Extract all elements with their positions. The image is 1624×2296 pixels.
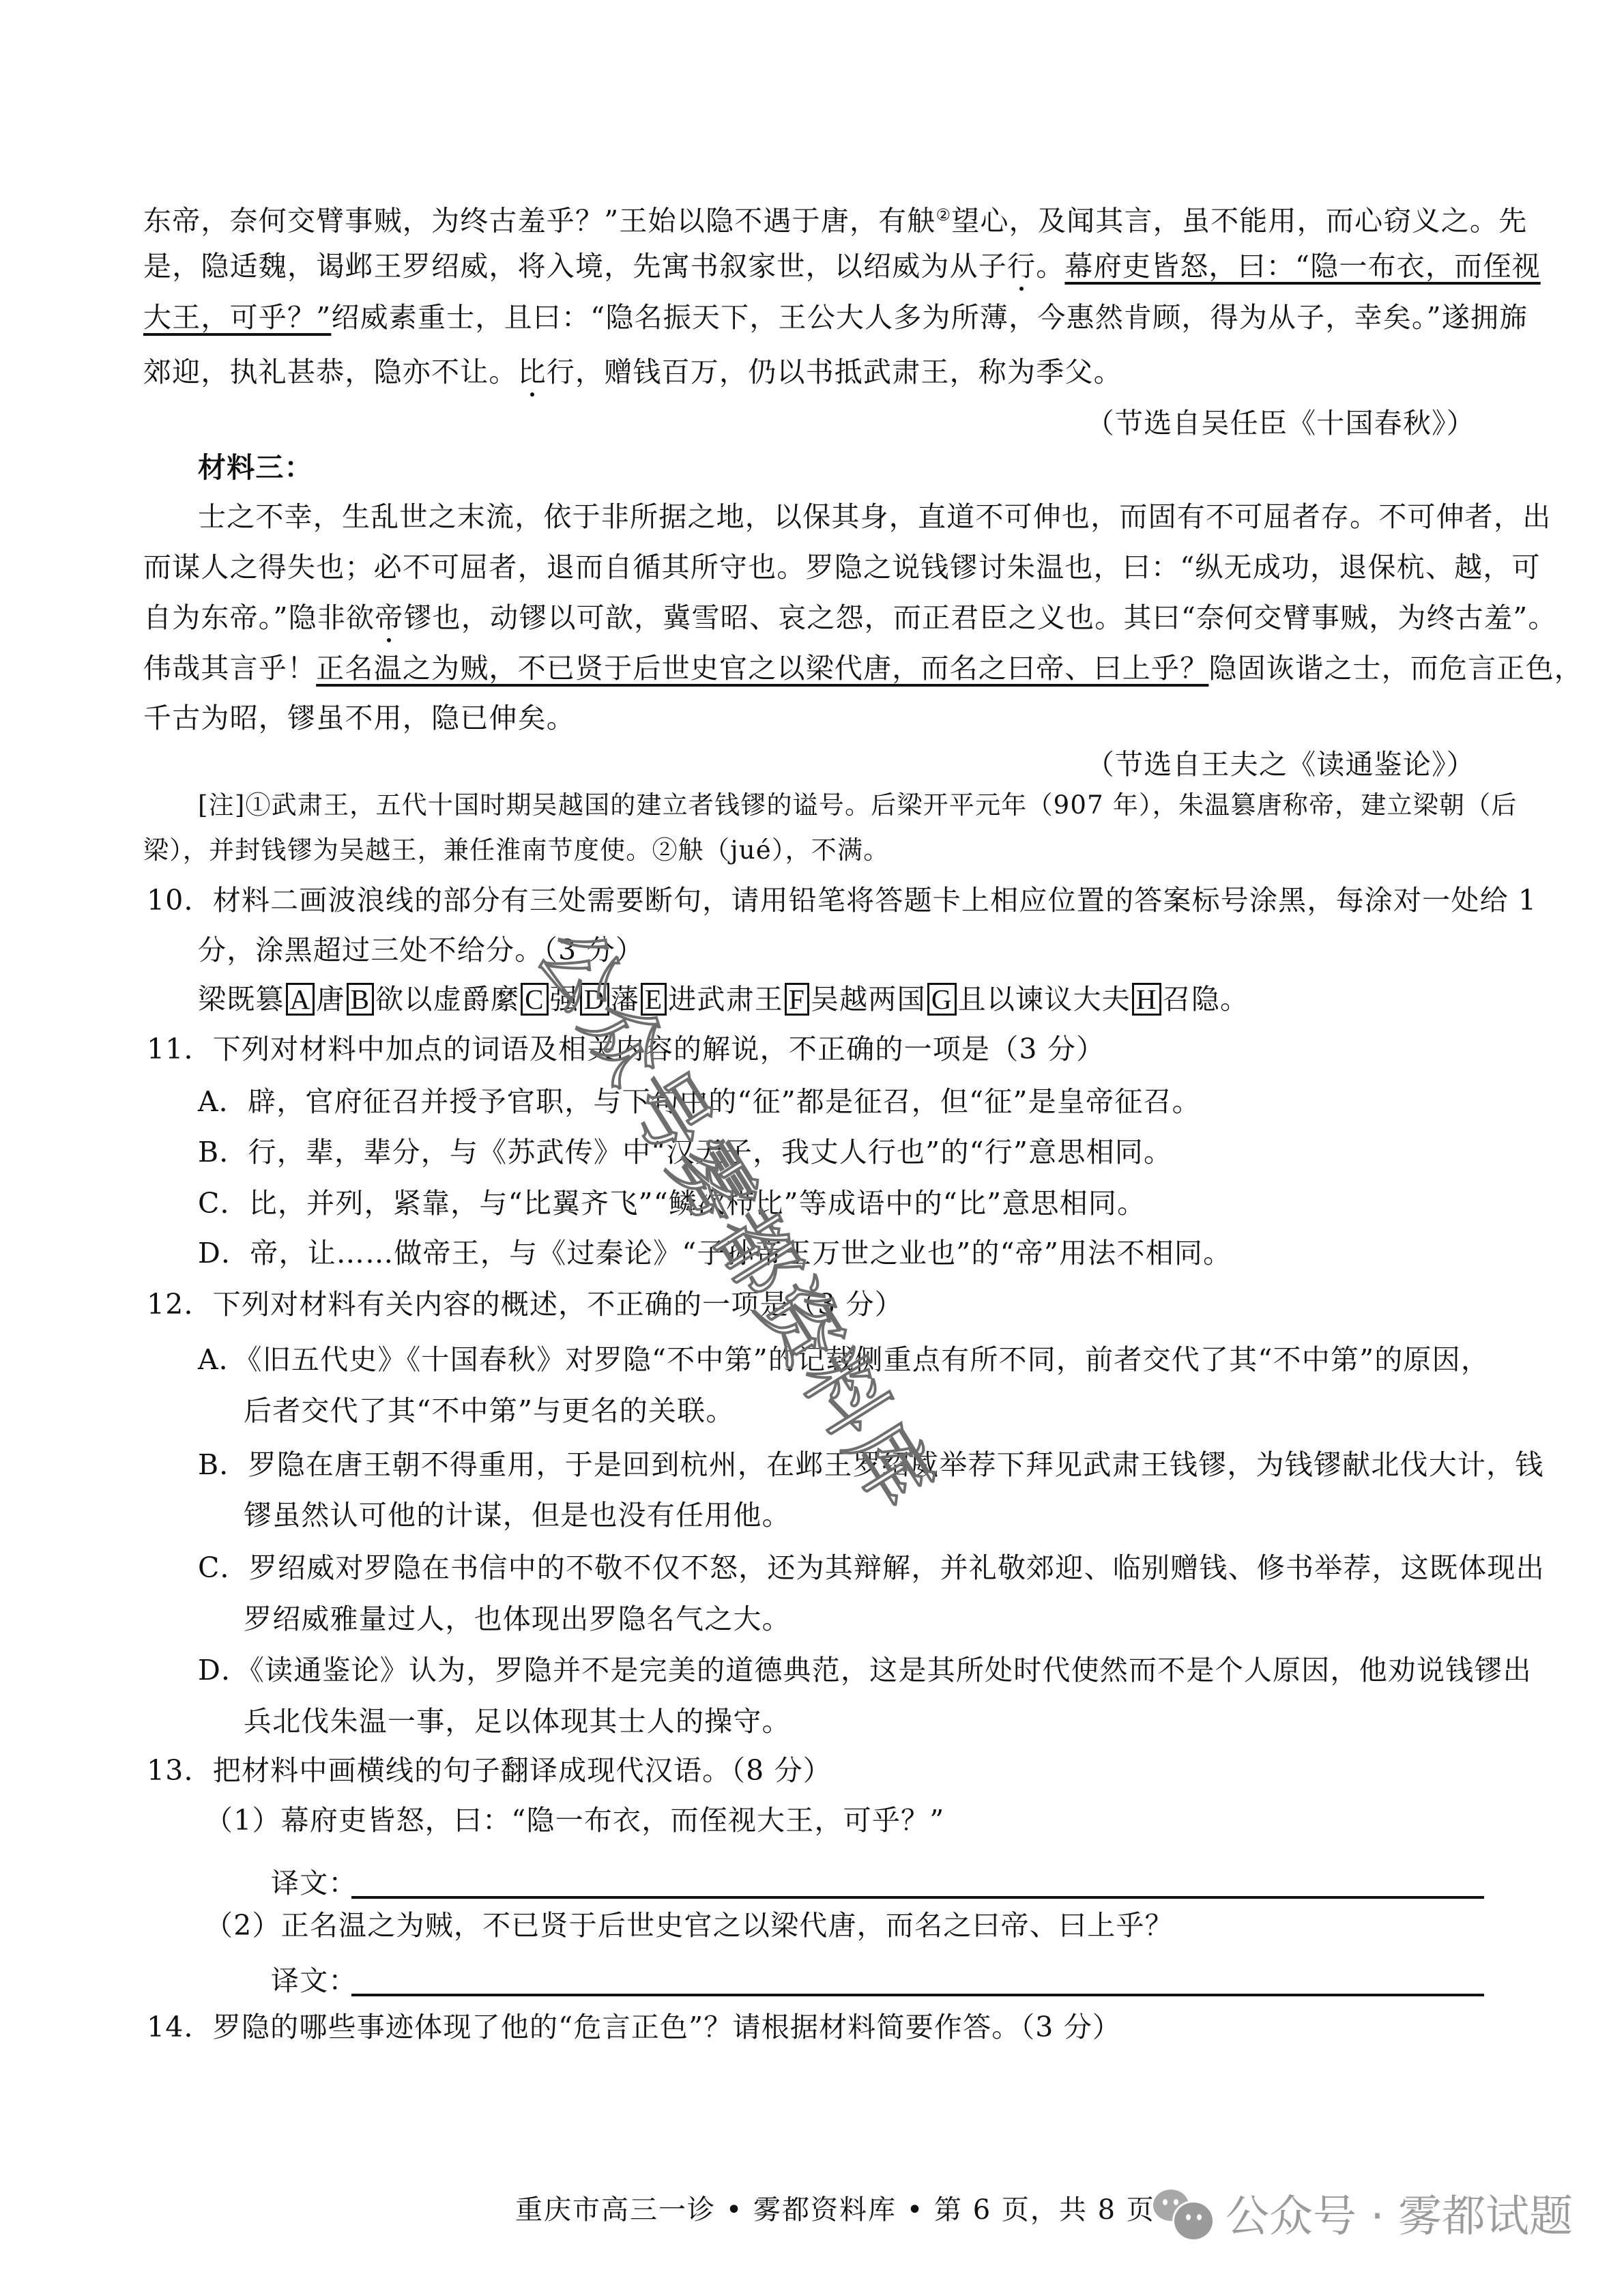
dotted-word-bi: 比	[518, 356, 547, 388]
q12-stem: 12．下列对材料有关内容的概述，不正确的一项是（3 分）	[147, 1287, 903, 1321]
q12-option-c-cont: 罗绍威雅量过人，也体现出罗隐名气之大。	[244, 1602, 791, 1636]
q10-break-options: 梁既篡A唐B欲以虚爵縻C强D藩E进武肃王F吴越两国G且以谏议大夫H召隐。	[198, 982, 1249, 1016]
q14-stem: 14．罗隐的哪些事迹体现了他的“危言正色”？请根据材料简要作答。（3 分）	[147, 2010, 1121, 2044]
break-box-c[interactable]: C	[521, 983, 549, 1016]
break-box-f[interactable]: F	[785, 983, 809, 1016]
underlined-sentence-2: 正名温之为贼，不已贤于后世史官之以梁代唐，而名之曰帝、曰上乎？	[316, 652, 1208, 685]
q12-option-a-cont: 后者交代了其“不中第”与更名的关联。	[244, 1394, 735, 1428]
material2-line-4: 郊迎，执礼甚恭，隐亦不让。比行，赠钱百万，仍以书抵武肃王，称为季父。	[143, 355, 1122, 389]
material3-line-5: 千古为昭，镠虽不用，隐已伸矣。	[143, 701, 575, 735]
q12-option-d-cont: 兵北伐朱温一事，足以体现其士人的操守。	[244, 1704, 791, 1738]
dotted-word-xing: 行	[1007, 250, 1036, 283]
q12-option-b-cont: 镠虽然认可他的计谋，但是也没有任用他。	[244, 1498, 791, 1532]
material3-source: （节选自王夫之《读通鉴论》）	[1086, 747, 1475, 781]
material2-line-1: 东帝，奈何交臂事贼，为终古羞乎？”王始以隐不遇于唐，有觖②望心，及闻其言，虽不能…	[143, 198, 1481, 238]
note-line-2: 梁），并封钱镠为吴越王，兼任淮南节度使。②觖（jué），不满。	[143, 833, 889, 867]
q13-answer-line-1[interactable]	[351, 1896, 1484, 1899]
wechat-icon	[1153, 2185, 1216, 2240]
q10-stem-line-1: 10．材料二画波浪线的部分有三处需要断句，请用铅笔将答题卡上相应位置的答案标号涂…	[147, 883, 1481, 917]
dotted-word-di: 帝	[375, 601, 403, 634]
break-box-a[interactable]: A	[286, 983, 315, 1016]
q13-answer-label-1: 译文：	[271, 1866, 358, 1900]
wechat-badge: 公众号 · 雾都试题	[1153, 2181, 1573, 2244]
material2-source: （节选自吴任臣《十国春秋》）	[1086, 406, 1475, 440]
material3-line-4: 伟哉其言乎！正名温之为贼，不已贤于后世史官之以梁代唐，而名之曰帝、曰上乎？隐固诙…	[143, 651, 1481, 685]
break-box-d[interactable]: D	[580, 983, 609, 1016]
q13-stem: 13．把材料中画横线的句子翻译成现代汉语。（8 分）	[147, 1753, 832, 1788]
q11-option-d: D．帝，让……做帝王，与《过秦论》“子孙帝王万世之业也”的“帝”用法不相同。	[198, 1236, 1232, 1270]
q11-option-b: B．行，辈，辈分，与《苏武传》中“汉天子，我丈人行也”的“行”意思相同。	[198, 1135, 1172, 1169]
note-line-1: [注]①武肃王，五代十国时期吴越国的建立者钱镠的谥号。后梁开平元年（907 年）…	[198, 788, 1481, 822]
q11-stem: 11．下列对材料中加点的词语及相关内容的解说，不正确的一项是（3 分）	[147, 1032, 1105, 1066]
q11-option-a: A．辟，官府征召并授予官职，与下句中的“征”都是征召，但“征”是皇帝征召。	[198, 1085, 1201, 1119]
material2-line-3: 大王，可乎？”绍威素重士，且曰：“隐名振天下，王公大人多为所薄，今惠然肯顾，得为…	[143, 300, 1481, 334]
underlined-sentence-1b: 大王，可乎？”	[143, 301, 331, 334]
q10-stem-line-2: 分，涂黑超过三处不给分。（3 分）	[198, 933, 644, 967]
material3-line-1: 士之不幸，生乱世之末流，依于非所据之地，以保其身，直道不可伸也，而固有不可屈者存…	[198, 500, 1481, 534]
material3-line-2: 而谋人之得失也；必不可屈者，退而自循其所守也。罗隐之说钱镠讨朱温也，曰：“纵无成…	[143, 550, 1481, 584]
wechat-account-label: 公众号 · 雾都试题	[1226, 2181, 1573, 2244]
q13-answer-label-2: 译文：	[271, 1964, 358, 1998]
q12-option-c: C．罗绍威对罗隐在书信中的不敬不仅不怒，还为其辩解，并礼敬郊迎、临别赠钱、修书举…	[198, 1551, 1545, 1585]
q13-answer-line-2[interactable]	[351, 1994, 1484, 1996]
break-box-h[interactable]: H	[1132, 983, 1161, 1016]
underlined-sentence-1a: 幕府吏皆怒，曰：“隐一布衣，而侄视	[1064, 250, 1540, 283]
break-box-g[interactable]: G	[927, 983, 957, 1016]
page-footer: 重庆市高三一诊 • 雾都资料库 • 第 6 页，共 8 页	[515, 2188, 1155, 2227]
material3-label: 材料三：	[198, 450, 313, 485]
q13-item-1: （1）幕府吏皆怒，曰：“隐一布衣，而侄视大王，可乎？”	[205, 1803, 944, 1837]
q13-item-2: （2）正名温之为贼，不已贤于后世史官之以梁代唐，而名之曰帝、曰上乎？	[205, 1908, 1174, 1942]
q12-option-a: A．《旧五代史》《十国春秋》对罗隐“不中第”的记载侧重点有所不同，前者交代了其“…	[198, 1343, 1490, 1377]
q12-option-d: D．《读通鉴论》认为，罗隐并不是完美的道德典范，这是其所处时代使然而不是个人原因…	[198, 1653, 1532, 1687]
q12-option-b: B．罗隐在唐王朝不得重用，于是回到杭州，在邺王罗绍威举荐下拜见武肃王钱镠，为钱镠…	[198, 1448, 1544, 1482]
break-box-b[interactable]: B	[347, 983, 375, 1016]
material2-line-2: 是，隐适魏，谒邺王罗绍威，将入境，先寓书叙家世，以绍威为从子行。幕府吏皆怒，曰：…	[143, 249, 1481, 283]
q11-option-c: C．比，并列，紧靠，与“比翼齐飞”“鳞次栉比”等成语中的“比”意思相同。	[198, 1186, 1146, 1220]
material3-line-3: 自为东帝。”隐非欲帝镠也，动镠以可歆，冀雪昭、哀之怨，而正君臣之义也。其曰“奈何…	[143, 601, 1481, 635]
break-box-e[interactable]: E	[641, 983, 667, 1016]
